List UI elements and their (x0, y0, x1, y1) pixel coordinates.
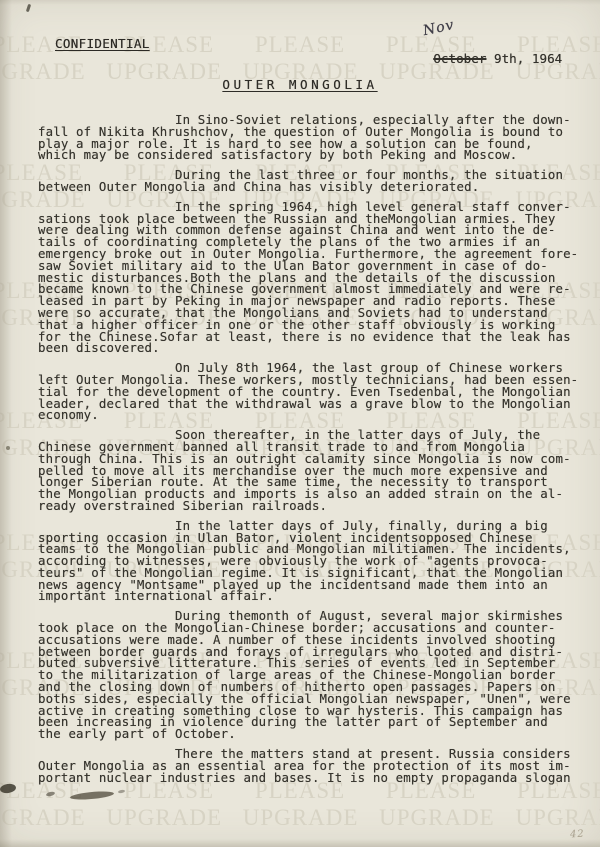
scan-mark-top-left (26, 4, 31, 13)
document-body: In Sino-Soviet relations, especially aft… (38, 114, 578, 791)
date-day-year: 9th, 1964 (486, 51, 562, 66)
classification-stamp: CONFIDENTIAL (55, 36, 150, 51)
page-title: OUTER MONGOLIA (0, 74, 600, 93)
paragraph: During the last three or four months, th… (38, 169, 578, 193)
ink-smudge (46, 791, 56, 797)
page-title-text: OUTER MONGOLIA (222, 77, 377, 92)
watermark-upgrade-row: UPGRADE UPGRADE UPGRADE UPGRADE UPGRADE (0, 804, 600, 831)
paragraph: In Sino-Soviet relations, especially aft… (38, 114, 578, 161)
document-page: PLEASE PLEASE PLEASE PLEASE PLEASE UPGRA… (0, 0, 600, 847)
scan-edge-shadow (0, 0, 12, 847)
struck-month: October (433, 51, 486, 66)
paragraph: In the spring 1964, high level general s… (38, 201, 578, 354)
scan-edge-shadow (0, 0, 600, 5)
ink-smudge (70, 790, 114, 802)
paragraph: Soon thereafter, in the latter days of J… (38, 429, 578, 512)
paragraph: On July 8th 1964, the last group of Chin… (38, 362, 578, 421)
paragraph: During themonth of August, several major… (38, 610, 578, 740)
handwritten-month-correction: Nov (422, 17, 456, 39)
paragraph: In the latter days of July, finally, dur… (38, 520, 578, 603)
scan-edge-shadow (0, 839, 600, 847)
paragraph: There the matters stand at present. Russ… (38, 748, 578, 783)
